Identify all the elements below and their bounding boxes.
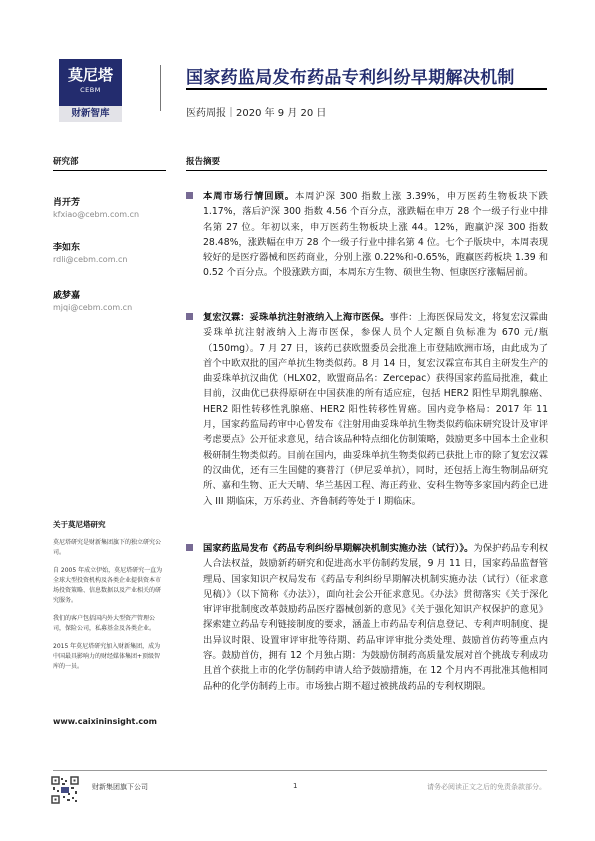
bullet-text: 本周市场行情回顾。本周沪深 300 指数上涨 3.39%，申万医药生物板块下跌 … xyxy=(203,189,548,281)
logo-chinese-name: 莫尼塔 xyxy=(59,59,122,84)
about-title: 关于莫尼塔研究 xyxy=(53,519,163,530)
bullet-body: 为保护药品专利权人合法权益，鼓励新药研究和促进高水平仿制药发展，9 月 11 日… xyxy=(203,543,548,692)
summary-heading: 报告摘要 xyxy=(186,155,220,167)
bullet-text: 复宏汉霖：妥珠单抗注射液纳入上海市医保。事件：上海医保局发文，将复宏汉霖曲妥珠单… xyxy=(203,310,548,509)
report-title: 国家药监局发布药品专利纠纷早期解决机制 xyxy=(186,63,515,88)
title-underline xyxy=(186,88,547,90)
about-paragraph: 自 2005 年成立伊始，莫尼塔研究一直为全球大型投资机构及各类企业提供资本市场… xyxy=(53,566,163,606)
footer-disclaimer: 请务必阅读正文之后的免责条款部分。 xyxy=(370,782,546,792)
logo-english-name: CEBM xyxy=(59,84,122,96)
author-email[interactable]: rdli@cebm.com.cn xyxy=(53,254,173,265)
author-email[interactable]: kfxiao@cebm.com.cn xyxy=(53,209,173,220)
footer-rule xyxy=(53,770,547,771)
about-paragraph: 莫尼塔研究是财新集团旗下的独立研究公司。 xyxy=(53,538,163,558)
cebm-logo: 莫尼塔 CEBM 财新智库 xyxy=(59,59,122,122)
summary-heading-rule xyxy=(186,170,547,171)
square-bullet-icon xyxy=(186,313,193,320)
logo-subbrand: 财新智库 xyxy=(59,106,122,122)
page-number: 1 xyxy=(293,782,297,790)
research-dept-heading: 研究部 xyxy=(53,155,79,167)
bullet-body: 本周沪深 300 指数上涨 3.39%，申万医药生物板块下跌 1.17%，落后沪… xyxy=(203,191,548,278)
qr-code-icon xyxy=(51,776,79,804)
summary-bullet: 国家药监局发布《药品专利纠纷早期解决机制实施办法（试行）》。为保护药品专利权人合… xyxy=(186,541,548,694)
author-name: 李如东 xyxy=(53,242,173,254)
summary-bullet: 本周市场行情回顾。本周沪深 300 指数上涨 3.39%，申万医药生物板块下跌 … xyxy=(186,189,548,281)
author-name: 戚梦嘉 xyxy=(53,290,173,302)
about-paragraph: 2015 年莫尼塔研究加入财新集团，成为中国最具影响力的财经媒体集团+顶级智库的… xyxy=(53,642,163,672)
bullet-lead: 国家药监局发布《药品专利纠纷早期解决机制实施办法（试行）》。 xyxy=(203,543,473,554)
author-card: 李如东 rdli@cebm.com.cn xyxy=(53,242,173,265)
bullet-body: 事件：上海医保局发文，将复宏汉霖曲妥珠单抗注射液纳入上海市医保，参保人员个人定额… xyxy=(203,312,548,507)
author-card: 戚梦嘉 mjqi@cebm.com.cn xyxy=(53,290,173,313)
website-link[interactable]: www.caixininsight.com xyxy=(53,717,157,726)
square-bullet-icon xyxy=(186,544,193,551)
bullet-lead: 复宏汉霖：妥珠单抗注射液纳入上海市医保。 xyxy=(203,312,390,323)
about-section: 关于莫尼塔研究 莫尼塔研究是财新集团旗下的独立研究公司。 自 2005 年成立伊… xyxy=(53,519,163,680)
summary-bullet: 复宏汉霖：妥珠单抗注射液纳入上海市医保。事件：上海医保局发文，将复宏汉霖曲妥珠单… xyxy=(186,310,548,509)
logo-top-block: 莫尼塔 CEBM xyxy=(59,59,122,106)
author-email[interactable]: mjqi@cebm.com.cn xyxy=(53,302,173,313)
bullet-lead: 本周市场行情回顾。 xyxy=(203,191,295,202)
square-bullet-icon xyxy=(186,192,193,199)
left-heading-rule xyxy=(53,170,166,171)
header-divider xyxy=(160,65,161,111)
footer-company: 财新集团旗下公司 xyxy=(92,782,148,792)
bullet-text: 国家药监局发布《药品专利纠纷早期解决机制实施办法（试行）》。为保护药品专利权人合… xyxy=(203,541,548,694)
report-subtitle: 医药周报｜2020 年 9 月 20 日 xyxy=(186,104,326,119)
about-paragraph: 我们的客户包括国内外大型资产管理公司，保险公司，私募基金及各类企业。 xyxy=(53,614,163,634)
author-card: 肖开芳 kfxiao@cebm.com.cn xyxy=(53,197,173,220)
author-name: 肖开芳 xyxy=(53,197,173,209)
